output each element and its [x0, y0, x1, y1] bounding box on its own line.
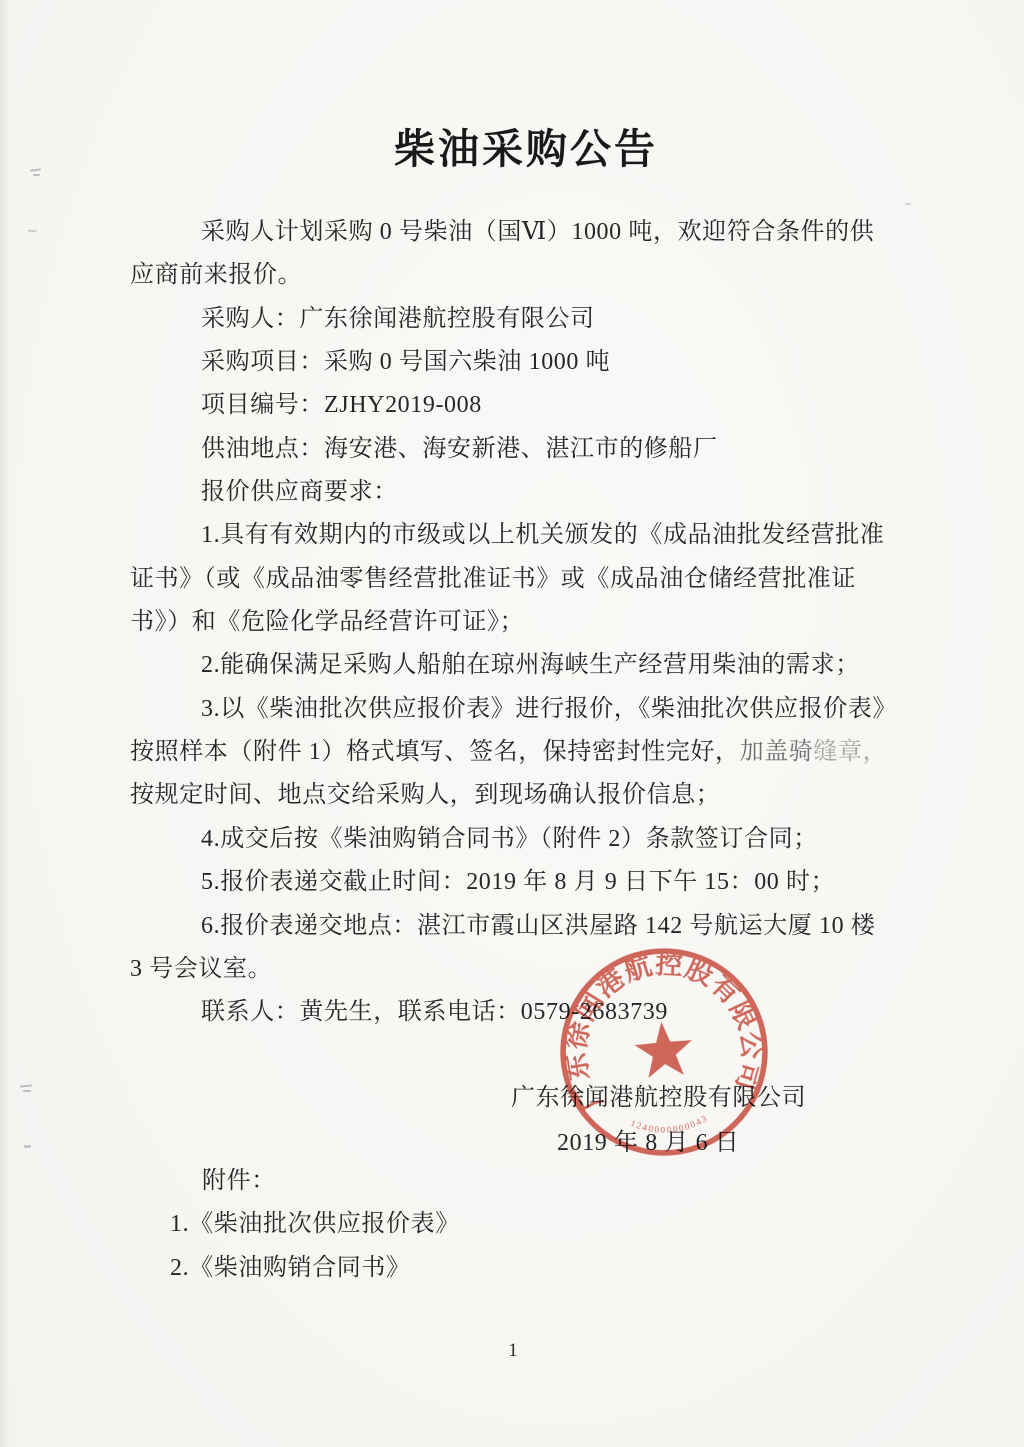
scan-artifact [20, 1084, 32, 1087]
attachments-section: 附件： 1.《柴油批次供应报价表》2.《柴油购销合同书》 [130, 1160, 730, 1290]
text-segment: 证书》（或《成品油零售经营批准证书》或《成品油仓储经营批准证 [130, 566, 856, 592]
svg-text:1240000000043: 1240000000043 [628, 1111, 709, 1138]
page-number: 1 [493, 1340, 533, 1362]
document-line: 报价供应商要求： [130, 471, 905, 514]
star-icon [633, 1019, 695, 1079]
document-line: 2.能确保满足采购人船舶在琼州海峡生产经营用柴油的需求； [130, 644, 905, 687]
text-segment: 按规定时间、地点交给采购人，到现场确认报价信息； [130, 782, 720, 808]
document-line: 3 号会议室。 [130, 948, 905, 991]
scan-artifact [905, 203, 911, 205]
text-segment: 5.报价表递交截止时间：2019 年 8 月 9 日下午 15：00 时； [201, 869, 835, 895]
attachments-items: 1.《柴油批次供应报价表》2.《柴油购销合同书》 [130, 1203, 730, 1290]
document-line: 4.成交后按《柴油购销合同书》（附件 2）条款签订合同； [130, 818, 905, 861]
document-line: 采购项目：采购 0 号国六柴油 1000 吨 [130, 341, 905, 384]
scan-artifact [28, 230, 37, 233]
text-segment: 加盖骑 [740, 739, 814, 765]
text-segment: 4.成交后按《柴油购销合同书》（附件 2）条款签订合同； [201, 826, 818, 852]
document-line: 3.以《柴油批次供应报价表》进行报价，《柴油批次供应报价表》 [130, 688, 905, 731]
text-segment: 按照样本（附件 1）格式填写、签名，保持密封性完好， [130, 739, 740, 765]
text-segment: 应商前来报价。 [130, 262, 302, 288]
text-segment: 2.能确保满足采购人船舶在琼州海峡生产经营用柴油的需求； [201, 652, 860, 678]
document-title: 柴油采购公告 [14, 116, 1024, 175]
document-line: 1.具有有效期内的市级或以上机关颁发的《成品油批发经营批准 [130, 514, 905, 557]
scan-artifact [33, 174, 40, 176]
scan-artifact [24, 1145, 31, 1148]
text-segment: 报价供应商要求： [201, 479, 398, 505]
scan-artifact [23, 1090, 31, 1092]
document-line: 6.报价表递交地点：湛江市霞山区洪屋路 142 号航运大厦 10 楼 [130, 905, 905, 948]
document-line: 应商前来报价。 [130, 254, 905, 297]
text-segment: 1.具有有效期内的市级或以上机关颁发的《成品油批发经营批准 [201, 522, 884, 548]
document-line: 采购人：广东徐闻港航控股有限公司 [130, 298, 905, 341]
text-segment: 采购人计划采购 0 号柴油（国Ⅵ）1000 吨，欢迎符合条件的供 [201, 219, 874, 245]
document-line: 5.报价表递交截止时间：2019 年 8 月 9 日下午 15：00 时； [130, 861, 905, 904]
attachments-heading: 附件： [130, 1160, 730, 1203]
text-segment: 采购项目：采购 0 号国六柴油 1000 吨 [201, 349, 610, 375]
attachment-item: 2.《柴油购销合同书》 [130, 1247, 730, 1290]
text-segment: 3.以《柴油批次供应报价表》进行报价，《柴油批次供应报价表》 [201, 696, 897, 722]
text-segment: 3 号会议室。 [130, 956, 272, 982]
attachment-item: 1.《柴油批次供应报价表》 [130, 1203, 730, 1246]
scan-edge-shade [0, 0, 10, 1447]
scanned-document-page: 柴油采购公告 采购人计划采购 0 号柴油（国Ⅵ）1000 吨，欢迎符合条件的供应… [0, 0, 1024, 1447]
text-segment: 供油地点：海安港、海安新港、湛江市的修船厂 [201, 436, 718, 462]
stamp-serial-number: 1240000000043 [628, 1111, 709, 1138]
document-line: 按规定时间、地点交给采购人，到现场确认报价信息； [130, 774, 905, 817]
document-line: 按照样本（附件 1）格式填写、签名，保持密封性完好，加盖骑缝章， [130, 731, 905, 774]
text-segment: 书》）和《危险化学品经营许可证》； [130, 609, 524, 635]
company-seal-stamp: 广东徐闻港航控股有限公司 1240000000043 [544, 932, 785, 1173]
document-line: 书》）和《危险化学品经营许可证》； [130, 601, 905, 644]
text-segment: 6.报价表递交地点：湛江市霞山区洪屋路 142 号航运大厦 10 楼 [201, 913, 875, 939]
text-segment: 项目编号：ZJHY2019-008 [201, 392, 482, 418]
body-lines: 采购人计划采购 0 号柴油（国Ⅵ）1000 吨，欢迎符合条件的供应商前来报价。采… [130, 211, 905, 1035]
document-line: 项目编号：ZJHY2019-008 [130, 384, 905, 427]
document-line: 证书》（或《成品油零售经营批准证书》或《成品油仓储经营批准证 [130, 558, 905, 601]
text-segment: 采购人：广东徐闻港航控股有限公司 [201, 306, 595, 332]
document-line: 供油地点：海安港、海安新港、湛江市的修船厂 [130, 428, 905, 471]
document-line: 联系人：黄先生，联系电话：0579-2683739 [130, 991, 905, 1034]
text-segment: 缝章， [813, 739, 887, 765]
document-line: 采购人计划采购 0 号柴油（国Ⅵ）1000 吨，欢迎符合条件的供 [130, 211, 905, 254]
